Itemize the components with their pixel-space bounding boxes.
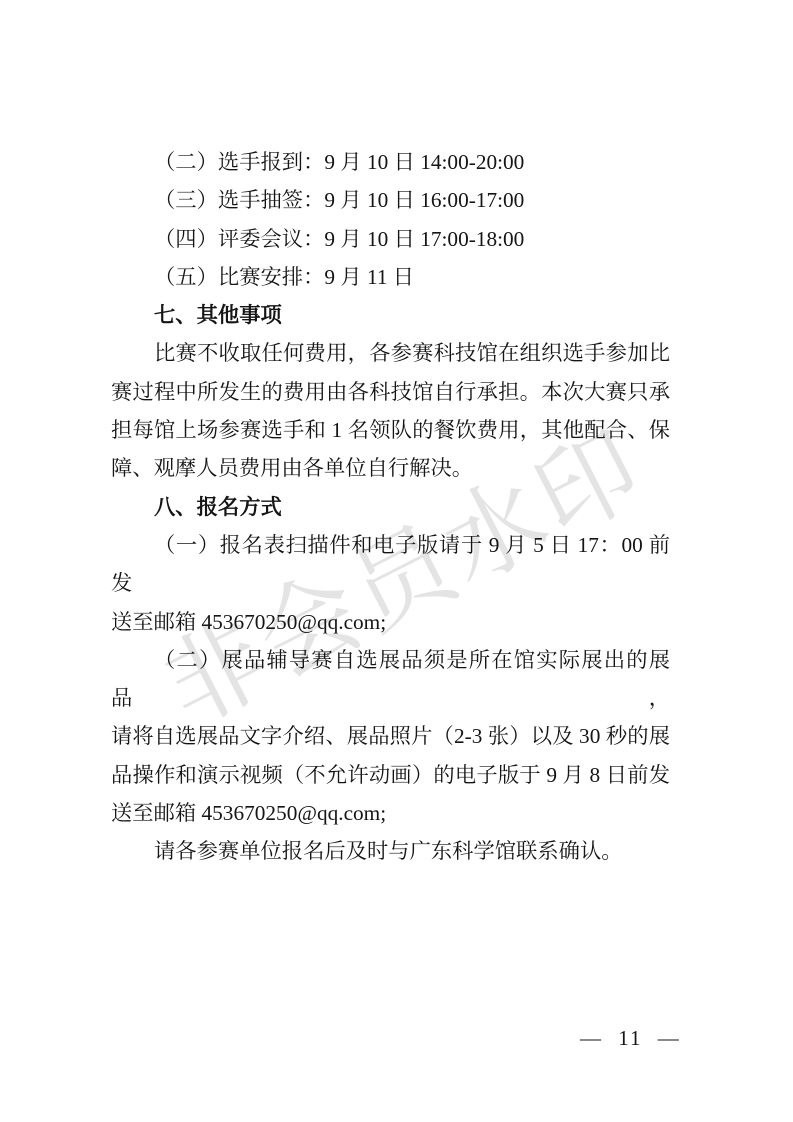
paragraph-fees-line-2: 赛过程中所发生的费用由各科技馆自行承担。本次大赛只承 — [111, 373, 670, 411]
registration-item-1-line-2-email: 送至邮箱 453670250@qq.com; — [111, 603, 670, 641]
registration-item-2-line-4-email: 送至邮箱 453670250@qq.com; — [111, 794, 670, 832]
paragraph-fees-line-3: 担每馆上场参赛选手和 1 名领队的餐饮费用，其他配合、保 — [111, 411, 670, 449]
schedule-item-4: （四）评委会议：9 月 10 日 17:00-18:00 — [111, 220, 670, 258]
paragraph-fees-line-1: 比赛不收取任何费用，各参赛科技馆在组织选手参加比 — [111, 334, 670, 372]
schedule-item-3: （三）选手抽签：9 月 10 日 16:00-17:00 — [111, 181, 670, 219]
closing-confirmation-line: 请各参赛单位报名后及时与广东科学馆联系确认。 — [111, 832, 670, 870]
page-number: — 11 — — [580, 1026, 681, 1050]
registration-item-1-line-1: （一）报名表扫描件和电子版请于 9 月 5 日 17：00 前发 — [111, 526, 670, 603]
schedule-item-5: （五）比赛安排：9 月 11 日 — [111, 258, 670, 296]
section-heading-other-matters: 七、其他事项 — [111, 296, 670, 334]
registration-item-2-line-3: 品操作和演示视频（不允许动画）的电子版于 9 月 8 日前发 — [111, 756, 670, 794]
schedule-item-2: （二）选手报到：9 月 10 日 14:00-20:00 — [111, 143, 670, 181]
section-heading-registration: 八、报名方式 — [111, 488, 670, 526]
paragraph-fees-line-4: 障、观摩人员费用由各单位自行解决。 — [111, 449, 670, 487]
document-body: （二）选手报到：9 月 10 日 14:00-20:00 （三）选手抽签：9 月… — [111, 143, 670, 871]
document-page: 非会员水印 （二）选手报到：9 月 10 日 14:00-20:00 （三）选手… — [0, 0, 793, 1122]
registration-item-2-line-2: 请将自选展品文字介绍、展品照片（2-3 张）以及 30 秒的展 — [111, 717, 670, 755]
registration-item-2-line-1: （二）展品辅导赛自选展品须是所在馆实际展出的展品， — [111, 641, 670, 718]
